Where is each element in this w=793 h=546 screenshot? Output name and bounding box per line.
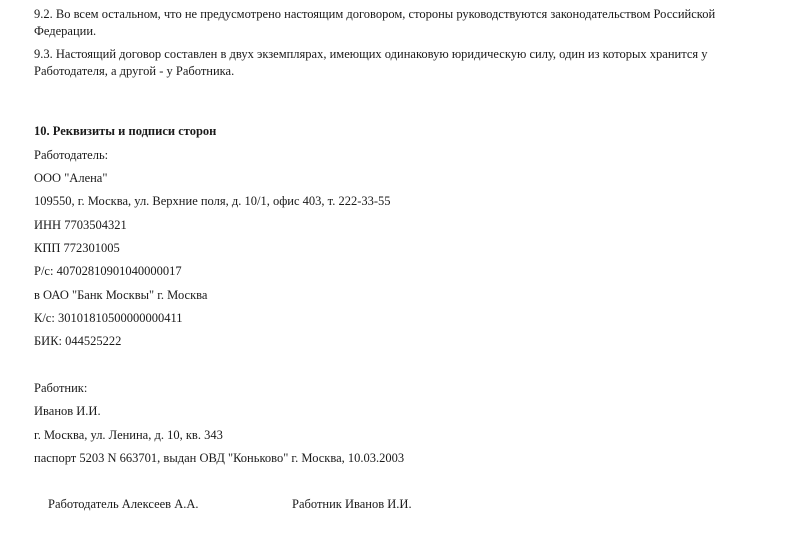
employee-label: Работник:	[34, 380, 87, 396]
employer-name: ООО "Алена"	[34, 170, 107, 186]
employer-bik: БИК: 044525222	[34, 333, 121, 349]
clause-9-2: 9.2. Во всем остальном, что не предусмот…	[34, 6, 769, 40]
employer-account: Р/с: 40702810901040000017	[34, 263, 182, 279]
employer-address: 109550, г. Москва, ул. Верхние поля, д. …	[34, 193, 391, 209]
employer-kpp: КПП 772301005	[34, 240, 120, 256]
employee-address: г. Москва, ул. Ленина, д. 10, кв. 343	[34, 427, 223, 443]
section-heading: 10. Реквизиты и подписи сторон	[34, 123, 216, 139]
employer-label: Работодатель:	[34, 147, 108, 163]
clause-9-3: 9.3. Настоящий договор составлен в двух …	[34, 46, 769, 80]
employee-signature: Работник Иванов И.И.	[292, 496, 412, 512]
employer-bank: в ОАО "Банк Москвы" г. Москва	[34, 287, 207, 303]
employee-passport: паспорт 5203 N 663701, выдан ОВД "Конько…	[34, 450, 404, 466]
employee-name: Иванов И.И.	[34, 403, 101, 419]
employer-inn: ИНН 7703504321	[34, 217, 127, 233]
employer-corr-account: К/с: 30101810500000000411	[34, 310, 183, 326]
employer-signature: Работодатель Алексеев А.А.	[48, 496, 199, 512]
